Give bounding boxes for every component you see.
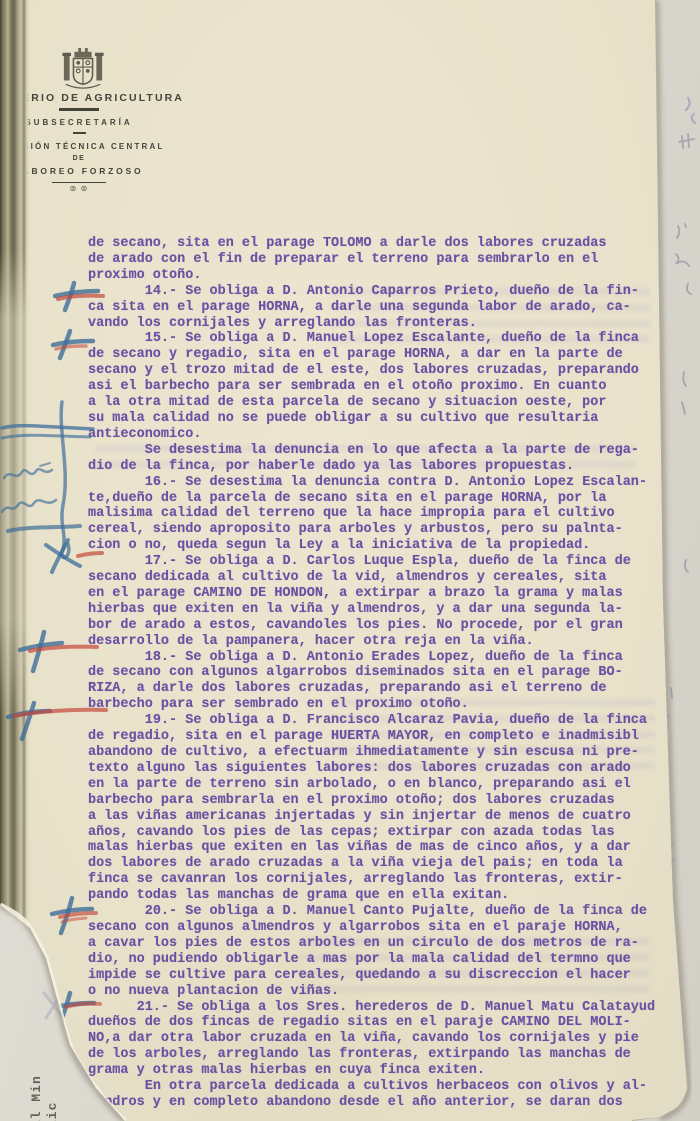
letterhead-rule: [73, 132, 86, 134]
document-page: MINISTERIO DE AGRICULTURA SUBSECRETARÍA …: [0, 0, 700, 1121]
typewritten-paragraph-21b: En otra parcela dedicada a cultivos herb…: [88, 1079, 700, 1111]
vertical-stamp-text: El Min lic: [29, 1008, 65, 1121]
coat-of-arms-icon: [61, 44, 105, 94]
typewritten-paragraph-17: 17.- Se obliga a D. Carlos Luque Espla, …: [88, 554, 700, 649]
typewritten-paragraph-16: 16.- Se desestima la denuncia contra D. …: [88, 475, 700, 555]
typewritten-paragraph-14: 14.- Se obliga a D. Antonio Caparros Pri…: [88, 284, 700, 332]
typewritten-text: de secano, sita en el parage TOLOMO a da…: [88, 236, 700, 1111]
faint-ink-fragments: [686, 98, 695, 123]
typewritten-paragraph-15: 15.- Se obliga a D. Manuel Lopez Escalan…: [88, 331, 700, 442]
typewritten-paragraph-18: 18.- Se obliga a D. Antonio Erades Lopez…: [88, 650, 700, 714]
typewritten-paragraph-15b: Se desestima la denuncia en lo que afect…: [88, 443, 700, 475]
typewritten-paragraph-19: 19.- Se obliga a D. Francisco Alcaraz Pa…: [88, 713, 700, 904]
crest-crown: [74, 48, 91, 58]
letterhead-rule: [59, 108, 99, 111]
typewritten-paragraph: de secano, sita en el parage TOLOMO a da…: [88, 236, 700, 284]
vertical-stamp-line1: El Min: [29, 1008, 45, 1121]
pencil-cross-mark-18: [20, 632, 97, 671]
vertical-stamp-line2: lic: [45, 1008, 61, 1121]
pencil-cross-mark-15: [53, 331, 93, 358]
scanned-document: El Min lic MINISTERIO DE AGRICULTURA: [0, 0, 700, 1121]
typewritten-paragraph-21: 21.- Se obliga a los Sres. herederos de …: [88, 1000, 700, 1080]
typewritten-paragraph-20: 20.- Se obliga a D. Manuel Canto Pujalte…: [88, 904, 700, 999]
letterhead-rule: [52, 182, 106, 184]
